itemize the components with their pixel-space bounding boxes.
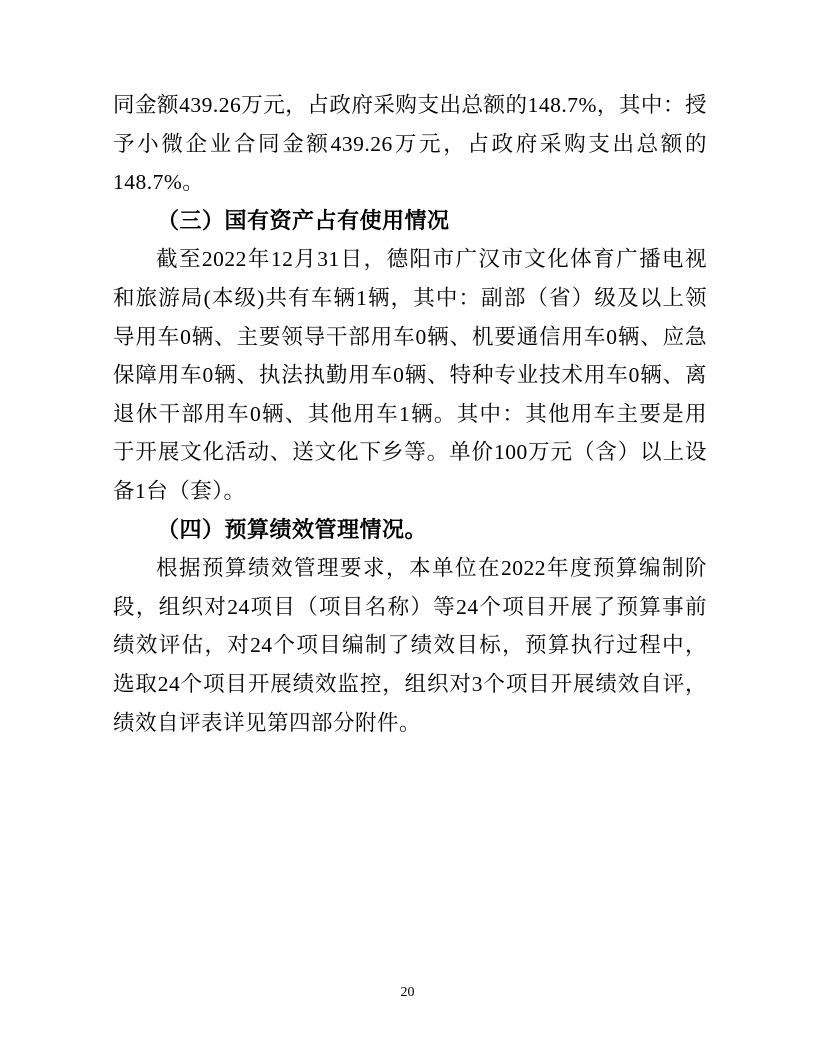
- paragraph-government-procurement-continued: 同金额439.26万元，占政府采购支出总额的148.7%，其中：授予小微企业合同…: [113, 86, 707, 202]
- paragraph-budget-performance-management: 根据预算绩效管理要求，本单位在2022年度预算编制阶段，组织对24项目（项目名称…: [113, 549, 707, 742]
- heading-section-four-budget-performance: （四）预算绩效管理情况。: [113, 511, 707, 550]
- document-content: 同金额439.26万元，占政府采购支出总额的148.7%，其中：授予小微企业合同…: [113, 86, 707, 742]
- document-page: 同金额439.26万元，占政府采购支出总额的148.7%，其中：授予小微企业合同…: [0, 0, 815, 1055]
- page-number: 20: [0, 984, 815, 1002]
- heading-section-three-state-assets: （三）国有资产占有使用情况: [113, 202, 707, 241]
- paragraph-state-assets-usage: 截至2022年12月31日，德阳市广汉市文化体育广播电视和旅游局(本级)共有车辆…: [113, 240, 707, 510]
